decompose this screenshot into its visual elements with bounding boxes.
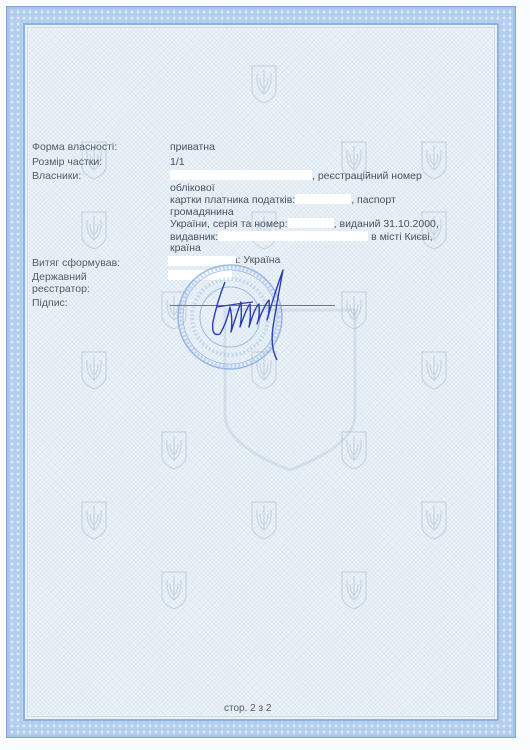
- redacted-passport: [288, 218, 334, 228]
- formed-by-label: Витяг сформував:: [32, 257, 120, 269]
- owner-details: , реєстраційний номер облікової картки п…: [170, 170, 440, 266]
- owners-label: Власники:: [32, 170, 81, 182]
- page-indicator: стор. 2 з 2: [224, 703, 271, 714]
- owner-line-1: , реєстраційний номер облікової: [170, 170, 440, 194]
- ownership-form-value: приватна: [170, 141, 215, 153]
- document-content: Форма власності: приватна Розмір частки:…: [0, 0, 530, 750]
- redacted-tax-id: [295, 194, 351, 204]
- owner-line-2: картки платника податків:, паспорт грома…: [170, 194, 440, 218]
- owner-line-3: України, серія та номер:, виданий 31.10.…: [170, 218, 440, 231]
- share-size-value: 1/1: [170, 156, 185, 168]
- signature-label: Підпис:: [32, 297, 68, 309]
- share-size-label: Розмір частки:: [32, 156, 102, 168]
- registrar-label: Державний реєстратор:: [32, 271, 90, 295]
- ownership-form-label: Форма власності:: [32, 141, 117, 153]
- owner-line-4: видавник: в місті Києві, країна: [170, 231, 440, 255]
- handwritten-signature: [195, 262, 295, 362]
- redacted-issuer: [218, 231, 368, 241]
- redacted-name: [170, 170, 312, 180]
